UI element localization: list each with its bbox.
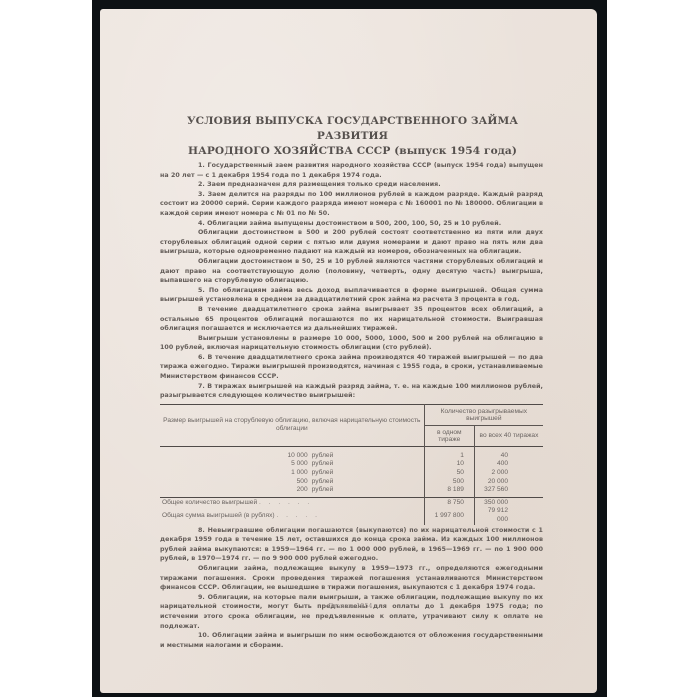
leader-dots: . . . . .: [276, 512, 320, 519]
document-title: УСЛОВИЯ ВЫПУСКА ГОСУДАРСТВЕННОГО ЗАЙМА Р…: [156, 114, 549, 159]
all-draws-count: 20 000: [474, 478, 543, 487]
clause-6: 6. В течение двадцатилетнего срока займа…: [160, 353, 543, 382]
all-draws-count: 400: [474, 460, 543, 469]
clause-5: 5. По облигациям займа весь доход выплач…: [160, 286, 543, 305]
win-amount-cell: 1 000рублей: [160, 469, 424, 478]
win-amount-cell: 5 000рублей: [160, 460, 424, 469]
clause-10: 10. Облигации займа и выигрыши по ним ос…: [160, 631, 543, 650]
totals-all-draws: 79 912 000: [474, 507, 543, 524]
table-row: 10 000рублей140: [160, 446, 543, 460]
win-unit: рублей: [312, 486, 422, 495]
totals-row: Общая сумма выигрышей (в рублях) . . . .…: [160, 507, 543, 524]
per-draw-count: 1: [424, 446, 474, 460]
table-row: 1 000рублей502 000: [160, 469, 543, 478]
totals-row: Общее количество выигрышей . . . . . .8 …: [160, 497, 543, 507]
header-win-size: Размер выигрышей на сторублевую облигаци…: [160, 404, 424, 446]
win-amount-cell: 200рублей: [160, 486, 424, 497]
per-draw-count: 8 189: [424, 486, 474, 497]
clause-3: 3. Заем делится на разряды по 100 миллио…: [160, 190, 543, 219]
win-amount: 200: [256, 486, 308, 495]
loan-terms-text: УСЛОВИЯ ВЫПУСКА ГОСУДАРСТВЕННОГО ЗАЙМА Р…: [160, 114, 543, 650]
header-win-count: Количество разыгрываемых выигрышей: [424, 404, 543, 425]
clause-9: 9. Облигации, на которые пали выигрыши, …: [160, 593, 543, 631]
clause-8: 8. Невыигравшие облигации погашаются (вы…: [160, 526, 543, 564]
clause-5-win-sizes: Выигрыши установлены в размере 10 000, 5…: [160, 334, 543, 353]
winnings-table: Размер выигрышей на сторублевую облигаци…: [160, 404, 543, 525]
totals-per-draw: 8 750: [424, 497, 474, 507]
title-line-2: НАРОДНОГО ХОЗЯЙСТВА СССР (выпуск 1954 го…: [156, 144, 549, 159]
table-row: 5 000рублей10400: [160, 460, 543, 469]
title-line-1: УСЛОВИЯ ВЫПУСКА ГОСУДАРСТВЕННОГО ЗАЙМА Р…: [156, 114, 549, 144]
header-per-draw: в одном тираже: [424, 425, 474, 446]
per-draw-count: 10: [424, 460, 474, 469]
totals-label-cell: Общее количество выигрышей . . . . . .: [160, 497, 424, 507]
win-amount: 5 000: [256, 460, 308, 469]
leader-dots: . . . . . .: [259, 499, 312, 506]
win-unit: рублей: [312, 460, 422, 469]
totals-label-cell: Общая сумма выигрышей (в рублях) . . . .…: [160, 507, 424, 524]
win-amount-cell: 500рублей: [160, 478, 424, 487]
all-draws-count: 40: [474, 446, 543, 460]
printer-imprint: Гознак. 1954.: [160, 602, 543, 610]
table-row: 500рублей50020 000: [160, 478, 543, 487]
win-unit: рублей: [312, 469, 422, 478]
header-all-draws: во всех 40 тиражах: [474, 425, 543, 446]
clause-4-denominations-50-25-10: Облигации достоинством в 50, 25 и 10 руб…: [160, 257, 543, 286]
clause-1: 1. Государственный заем развития народно…: [160, 161, 543, 180]
totals-label: Общая сумма выигрышей (в рублях): [162, 512, 275, 519]
clause-7: 7. В тиражах выигрышей на каждый разряд …: [160, 382, 543, 401]
totals-label: Общее количество выигрышей: [162, 499, 257, 506]
win-amount: 10 000: [256, 452, 308, 461]
all-draws-count: 327 560: [474, 486, 543, 497]
per-draw-count: 500: [424, 478, 474, 487]
per-draw-count: 50: [424, 469, 474, 478]
win-amount-cell: 10 000рублей: [160, 446, 424, 460]
win-amount: 500: [256, 478, 308, 487]
clause-2: 2. Заем предназначен для размещения толь…: [160, 180, 543, 190]
win-unit: рублей: [312, 478, 422, 487]
totals-all-draws: 350 000: [474, 497, 543, 507]
totals-per-draw: 1 997 800: [424, 507, 474, 524]
clause-4-denominations-500-200: Облигации достоинством в 500 и 200 рубле…: [160, 228, 543, 257]
clause-5-win-share: В течение двадцатилетнего срока займа вы…: [160, 305, 543, 334]
table-row: 200рублей8 189327 560: [160, 486, 543, 497]
clause-8-redemption-draws: Облигации займа, подлежащие выкупу в 195…: [160, 564, 543, 593]
all-draws-count: 2 000: [474, 469, 543, 478]
clause-4: 4. Облигации займа выпущены достоинством…: [160, 219, 543, 229]
win-amount: 1 000: [256, 469, 308, 478]
